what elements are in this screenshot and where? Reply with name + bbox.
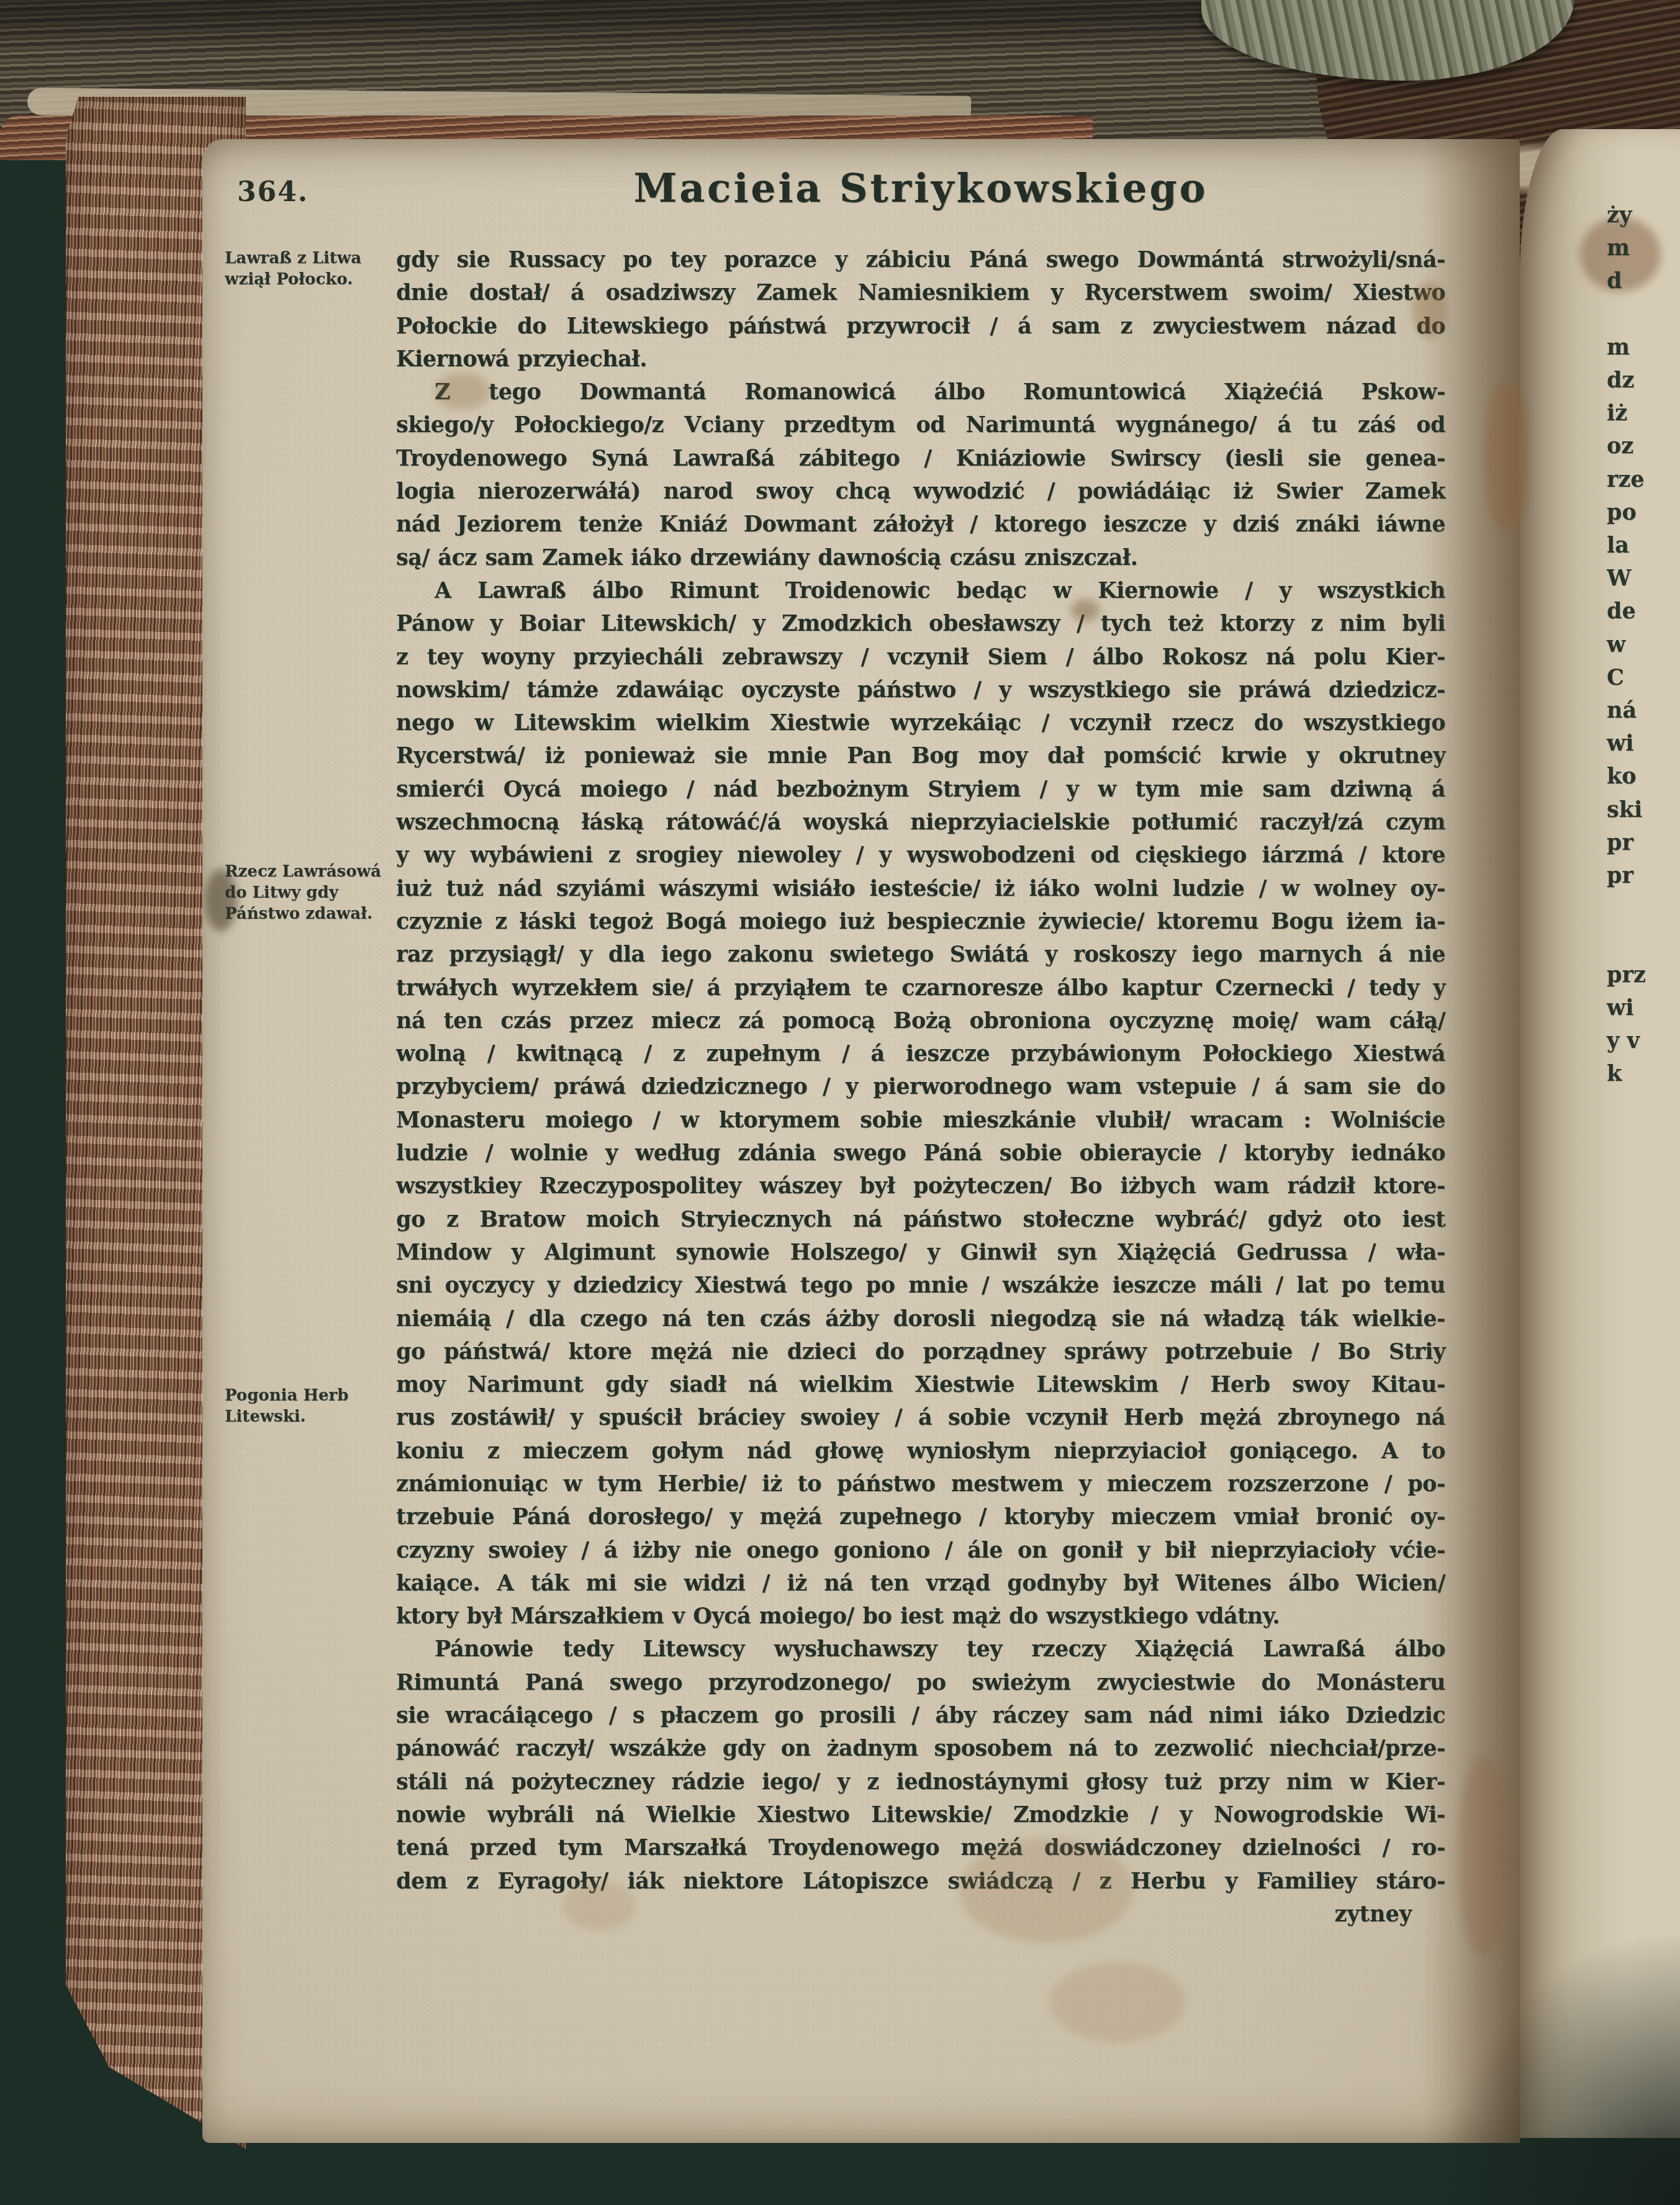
facing-page-text-fragment: W [1607,566,1631,591]
body-line: dnie dostał/ á osadziwszy Zamek Namiesni… [396,276,1445,309]
body-line: koniu z mieczem gołym nád głowę wyniosły… [396,1435,1445,1468]
facing-page-text-fragment: de [1607,598,1636,624]
body-line: Kiernowá przyiechał. [396,343,1445,376]
body-line: nego w Litewskim wielkim Xiestwie wyrzek… [396,706,1445,739]
body-line: logia nierozerwáłá) narod swoy chcą wywo… [396,475,1445,508]
gutter-shadow [1422,139,1520,2143]
facing-page-text-fragment: oz [1607,433,1633,459]
facing-page-text-fragment: po [1607,500,1637,525]
left-page: 364. Macieia Striykowskiego Lawraß z Lit… [202,139,1520,2143]
page-number: 364. [237,176,309,208]
body-line: rus zostáwił/ y spuścił bráciey swoiey /… [396,1401,1445,1434]
body-line: Troydenowego Syná Lawraßá zábitego / Kni… [396,442,1445,475]
body-line: gdy sie Russacy po tey porazce y zábiciu… [396,243,1445,276]
body-line: tená przed tym Marszałká Troydenowego mę… [396,1831,1445,1864]
facing-page-text-fragment: ná [1607,698,1637,723]
body-line: nowskim/ támże zdawáiąc oyczyste páństwo… [396,674,1445,706]
body-line: skiego/y Połockiego/z Vciany przedtym od… [396,408,1445,441]
body-line: ktory był Márszałkiem v Oycá moiego/ bo … [396,1600,1445,1633]
body-line: Rimuntá Paná swego przyrodzonego/ po swi… [396,1666,1445,1699]
body-line: wszystkiey Rzeczypospolitey wászey był p… [396,1170,1445,1202]
body-line: Z tego Dowmantá Romanowicá álbo Romuntow… [396,376,1445,408]
running-header: Macieia Striykowskiego [396,165,1445,211]
facing-page-text-fragment: y v [1607,1028,1640,1053]
body-line: známionuiąc w tym Herbie/ iż to páństwo … [396,1468,1445,1500]
facing-page-text-fragment: dz [1607,367,1634,393]
body-line: Pánowie tedy Litewscy wysłuchawszy tey r… [396,1633,1445,1666]
body-line: wolną / kwitnącą / z zupełnym / á ieszcz… [396,1037,1445,1070]
margin-note-pogonia-herb: Pogonia Herb Litewski. [225,1386,389,1428]
facing-page-text-fragment: C [1607,665,1624,690]
body-line: nowie wybráli ná Wielkie Xiestwo Litewsk… [396,1798,1445,1831]
body-line: pánowáć raczył/ wszákże gdy on żadnym sp… [396,1732,1445,1765]
margin-note-rzecz-lawrasowa: Rzecz Lawrásowá do Litwy gdy Páństwo zda… [225,862,389,924]
body-line: iuż tuż nád szyiámi wászymi wisiáło iest… [396,872,1445,905]
facing-page-sliver [1520,129,1680,2138]
body-line: niemáią / dla czego ná ten czás áżby dor… [396,1302,1445,1335]
body-line: stáli ná pożyteczney rádzie iego/ y z ie… [396,1765,1445,1798]
body-line: go páństwá/ ktore mężá nie dzieci do por… [396,1335,1445,1368]
facing-page-text-fragment: m [1607,235,1630,261]
body-line: przybyciem/ práwá dziedzicznego / y pier… [396,1070,1445,1103]
facing-page-text-fragment: d [1607,268,1622,294]
bottom-gutter-shadow [1440,1937,1680,2205]
body-text: gdy sie Russacy po tey porazce y zábiciu… [396,243,1445,1931]
body-line: wszechmocną łáską rátowáć/á woyská niepr… [396,806,1445,839]
facing-page-text-fragment: la [1607,533,1629,558]
book-photo: { "page": { "number": "364.", "running_h… [0,0,1680,2205]
body-line: nád Jeziorem tenże Kniáź Dowmant záłożył… [396,508,1445,541]
body-line: trwáłych wyrzekłem sie/ á przyiąłem te c… [396,972,1445,1004]
body-line: z tey woyny przyiecháli zebrawszy / vczy… [396,641,1445,674]
body-line: czyznie z łáski tegoż Bogá moiego iuż be… [396,905,1445,938]
body-line: smierći Oycá moiego / nád bezbożnym Stry… [396,773,1445,806]
facing-page-text-fragment: ski [1607,797,1642,823]
body-line: Pánow y Boiar Litewskich/ y Zmodzkich ob… [396,607,1445,640]
facing-page-text-fragment: k [1607,1061,1622,1086]
body-line: Mindow y Algimunt synowie Holszego/ y Gi… [396,1236,1445,1269]
body-line: moy Narimunt gdy siadł ná wielkim Xiestw… [396,1368,1445,1401]
facing-page-text-fragment: prz [1607,962,1646,988]
facing-page-text-fragment: pr [1607,830,1633,855]
facing-page-text-fragment: iż [1607,400,1627,426]
body-line: dem z Eyragoły/ iák niektore Látopiszce … [396,1865,1445,1898]
facing-page-text-fragment: wi [1607,731,1633,756]
facing-page-text-fragment: wi [1607,995,1633,1021]
facing-page-text-fragment: rze [1607,467,1645,492]
body-line: y wy wybáwieni z srogiey niewoley / y wy… [396,839,1445,872]
body-line: Rycerstwá/ iż ponieważ sie mnie Pan Bog … [396,739,1445,772]
body-line: Monasteru moiego / w ktorymem sobie mies… [396,1104,1445,1137]
body-line: ludzie / wolnie y według zdánia swego Pá… [396,1137,1445,1170]
body-line: są/ ácz sam Zamek iáko drzewiány dawnośc… [396,541,1445,574]
body-line: czyzny swoiey / á iżby nie onego goniono… [396,1534,1445,1567]
body-line: go z Bratow moich Stryiecznych ná páństw… [396,1203,1445,1236]
body-line: ná ten czás przez miecz zá pomocą Bożą o… [396,1004,1445,1037]
facing-page-text-fragment: pr [1607,863,1633,888]
facing-page-text-fragment: ży [1607,202,1632,228]
body-line: trzebuie Páná dorosłego/ y mężá zupełneg… [396,1500,1445,1533]
body-line: sie wracáiącego / s płaczem go prosili /… [396,1699,1445,1732]
body-line: Połockie do Litewskiego páństwá przywroc… [396,310,1445,343]
body-line: raz przysiągł/ y dla iego zakonu swieteg… [396,938,1445,971]
margin-note-lawras-polocko: Lawraß z Litwa wziął Połocko. [225,248,389,291]
facing-page-text-fragment: m [1607,335,1630,360]
body-line: A Lawraß álbo Rimunt Troidenowic bedąc w… [396,574,1445,607]
body-line: kaiące. A ták mi sie widzi / iż ná ten v… [396,1567,1445,1600]
facing-page-text-fragment: w [1607,632,1625,657]
facing-page-text-fragment: ko [1607,764,1637,789]
body-line: sni oyczycy y dziedzicy Xiestwá tego po … [396,1269,1445,1302]
catchword: zytney [396,1898,1445,1931]
